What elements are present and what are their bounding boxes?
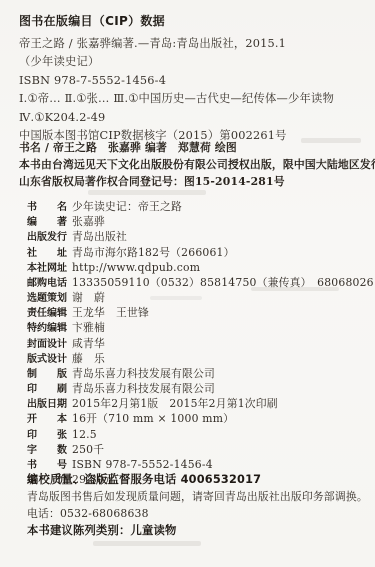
cip-line: Ⅳ.①K204.2-49 <box>19 109 364 127</box>
row-value: 12.5 <box>72 428 97 442</box>
row-label: 字 数 <box>27 444 68 458</box>
row-value: 16开（710 mm × 1000 mm） <box>72 412 234 426</box>
row-label: 选题策划 <box>27 292 68 306</box>
colophon-row-title: 书 名 少年读史记：帝王之路 <box>27 200 367 215</box>
copyright-registration-line: 山东省版权局著作权合同登记号：图15-2014-281号 <box>19 173 371 190</box>
row-label: 本社网址 <box>27 262 68 276</box>
row-value: 少年读史记：帝王之路 <box>72 200 182 214</box>
return-notice-line: 青岛版图书售后如发现质量问题，请寄回青岛出版社出版印务部调换。 <box>27 488 367 505</box>
scan-artifact <box>150 296 202 300</box>
row-value: 王龙华 王世锋 <box>72 306 149 320</box>
service-phone-line: 电话：0532-68068638 <box>27 505 367 522</box>
colophon-row-format: 开 本 16开（710 mm × 1000 mm） <box>27 412 367 427</box>
scan-artifact <box>301 138 361 143</box>
row-label: 特约编辑 <box>27 322 68 336</box>
colophon-row-plate-making: 制 版 青岛乐喜力科技发展有限公司 <box>27 367 367 382</box>
row-label: 封面设计 <box>27 338 68 352</box>
row-label: 印 张 <box>27 429 68 443</box>
colophon-row-pub-date: 出版日期 2015年2月第1版 2015年2月第1次印刷 <box>27 397 367 412</box>
row-value: 青岛出版社 <box>72 230 127 244</box>
colophon-row-cover-design: 封面设计 咸青华 <box>27 337 367 352</box>
colophon-row-printing: 印 刷 青岛乐喜力科技发展有限公司 <box>27 382 367 397</box>
row-label: 编 著 <box>27 216 68 230</box>
shelving-category-line: 本书建议陈列类别：儿童读物 <box>27 522 367 539</box>
row-label: 书 名 <box>27 201 68 215</box>
row-label: 出版发行 <box>27 231 68 245</box>
cip-line: ISBN 978-7-5552-1456-4 <box>19 72 364 90</box>
license-block: 书名 / 帝王之路 张嘉骅 编著 郑慧荷 绘图 本书由台湾远见天下文化出版股份有… <box>19 139 371 190</box>
row-value: 青岛乐喜力科技发展有限公司 <box>72 367 215 381</box>
book-copyright-page: 图书在版编目（CIP）数据 帝王之路 / 张嘉骅编著.—青岛:青岛出版社，201… <box>0 0 375 567</box>
colophon-row-address: 社 址 青岛市海尔路182号（266061） <box>27 246 367 261</box>
scan-artifact <box>88 190 206 195</box>
cip-line: （少年读史记） <box>19 53 364 71</box>
row-label: 出版日期 <box>27 398 68 412</box>
cip-block: 图书在版编目（CIP）数据 帝王之路 / 张嘉骅编著.—青岛:青岛出版社，201… <box>19 11 364 145</box>
colophon-row-editor: 责任编辑 王龙华 王世锋 <box>27 306 367 321</box>
row-value: 青岛市海尔路182号（266061） <box>72 246 235 260</box>
row-label: 邮购电话 <box>27 277 68 291</box>
cip-title: 图书在版编目（CIP）数据 <box>19 11 364 31</box>
row-value: 张嘉骅 <box>72 215 105 229</box>
cip-line: Ⅰ.①帝… Ⅱ.①张… Ⅲ.①中国历史—古代史—纪传体—少年读物 <box>19 90 364 108</box>
row-value: 青岛乐喜力科技发展有限公司 <box>72 382 215 396</box>
footer-block: 编校质量、盗版监督服务电话 4006532017 青岛版图书售后如发现质量问题，… <box>27 471 367 539</box>
colophon-row-author: 编 著 张嘉骅 <box>27 215 367 230</box>
row-label: 开 本 <box>27 413 68 427</box>
colophon-row-special-editor: 特约编辑 卞雅楠 <box>27 321 367 336</box>
row-label: 责任编辑 <box>27 307 68 321</box>
scan-artifact <box>251 287 339 291</box>
colophon-row-website: 本社网址 http://www.qdpub.com <box>27 261 367 276</box>
row-value: 谢 蔚 <box>72 291 105 305</box>
cip-line: 帝王之路 / 张嘉骅编著.—青岛:青岛出版社，2015.1 <box>19 35 364 53</box>
colophon-row-word-count: 字 数 250千 <box>27 443 367 458</box>
quality-hotline-line: 编校质量、盗版监督服务电话 4006532017 <box>27 471 367 488</box>
row-value: 咸青华 <box>72 337 105 351</box>
colophon-row-sheets: 印 张 12.5 <box>27 428 367 443</box>
row-value: 250千 <box>72 443 104 457</box>
row-value: 藤 乐 <box>72 352 105 366</box>
row-value: ISBN 978-7-5552-1456-4 <box>72 458 213 472</box>
row-value: http://www.qdpub.com <box>72 261 200 275</box>
row-value: 2015年2月第1版 2015年2月第1次印刷 <box>72 397 278 411</box>
row-label: 社 址 <box>27 247 68 261</box>
colophon-row-layout-design: 版式设计 藤 乐 <box>27 352 367 367</box>
row-label: 版式设计 <box>27 353 68 367</box>
scan-artifact <box>93 541 201 546</box>
row-value: 卞雅楠 <box>72 321 105 335</box>
scan-artifact <box>303 160 358 164</box>
colophon-row-publisher: 出版发行 青岛出版社 <box>27 230 367 245</box>
row-label: 印 刷 <box>27 383 68 397</box>
license-notice-line: 本书由台湾远见天下文化出版股份有限公司授权出版，限中国大陆地区发行。 <box>19 156 371 173</box>
row-label: 制 版 <box>27 368 68 382</box>
colophon-list: 书 名 少年读史记：帝王之路 编 著 张嘉骅 出版发行 青岛出版社 社 址 青岛… <box>27 200 367 488</box>
